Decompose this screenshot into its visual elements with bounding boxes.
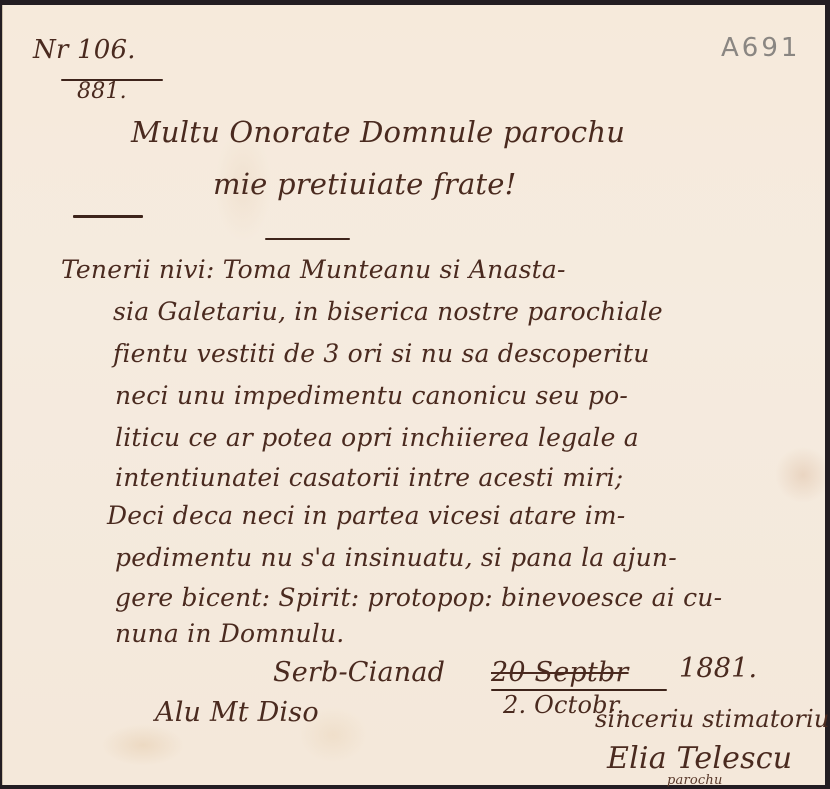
body-line-8: pedimentu nu s'a insinuatu, si pana la a… [115, 543, 677, 572]
reference-number: Nr 106. [33, 35, 136, 65]
left-note: Alu Mt Diso [155, 697, 319, 728]
body-line-6: intentiunatei casatorii intre acesti mir… [115, 463, 623, 492]
signature-title: parochu [667, 773, 723, 788]
archive-mark: A691 [721, 33, 800, 63]
year: 1881. [679, 653, 757, 684]
valediction: sinceriu stimatoriu [595, 705, 830, 733]
paragraph-flourish [265, 238, 350, 240]
letter-page: A691 Nr 106. 881. Multu Onorate Domnule … [2, 5, 825, 785]
body-line-10: nuna in Domnulu. [115, 619, 344, 648]
place: Serb-Cianad [273, 657, 445, 688]
body-line-7: Deci deca neci in partea vicesi atare im… [107, 501, 625, 530]
date-struck: 20 Septbr [491, 657, 629, 688]
body-line-3: fientu vestiti de 3 ori si nu sa descope… [113, 339, 650, 368]
body-line-9: gere bicent: Spirit: protopop: binevoesc… [115, 583, 722, 612]
body-line-1: Tenerii nivi: Toma Munteanu si Anasta- [61, 255, 566, 284]
paragraph-mark [73, 215, 143, 218]
body-line-2: sia Galetariu, in biserica nostre paroch… [113, 297, 663, 326]
body-line-5: liticu ce ar potea opri inchiierea legal… [115, 423, 639, 452]
signature: Elia Telescu [607, 741, 792, 776]
salutation-line-1: Multu Onorate Domnule parochu [131, 115, 625, 149]
salutation-line-2: mie pretiuiate frate! [213, 167, 517, 201]
reference-year: 881. [77, 79, 127, 104]
body-line-4: neci unu impedimentu canonicu seu po- [115, 381, 628, 410]
